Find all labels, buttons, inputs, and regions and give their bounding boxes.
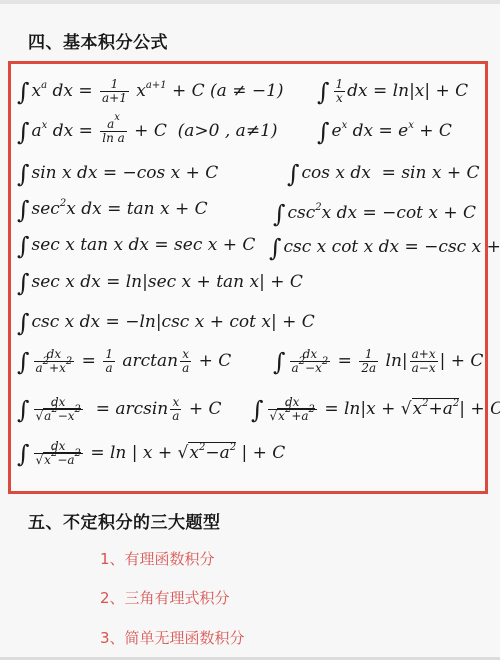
formula-sectan: ∫sec x tan x dx = sec x + C [17,234,255,258]
formula-arctan: ∫dxa2+x2 = 1a arctanxa + C [17,348,231,375]
formula-csc: ∫csc x dx = −ln|csc x + cot x| + C [17,311,315,335]
formula-sec2: ∫sec2x dx = tan x + C [17,198,208,222]
formula-ln-ratio: ∫dxa2−x2 = 12a ln|a+xa−x| + C [273,348,483,375]
formula-box: ∫xa dx = 1a+1 xa+1 + C (a ≠ −1) ∫1xdx = … [8,61,488,494]
formula-cos: ∫cos x dx = sin x + C [287,162,479,186]
top-divider [0,0,500,4]
formula-power: ∫xa dx = 1a+1 xa+1 + C (a ≠ −1) [17,78,284,105]
formula-reciprocal: ∫1xdx = ln|x| + C [317,78,468,105]
section-4-title: 四、基本积分公式 [28,28,168,53]
formula-csc2: ∫csc2x dx = −cot x + C [273,202,476,226]
formula-exponential-a: ∫ax dx = axln a + C (a>0 , a≠1) [17,118,278,145]
formula-ln-sqrt-plus: ∫dx√x2+a2 = ln|x + √x2+a2| + C [251,396,500,423]
formula-exponential-e: ∫ex dx = ex + C [317,120,452,144]
formula-sec: ∫sec x dx = ln|sec x + tan x| + C [17,271,303,295]
list-item-trig-rational: 2、三角有理式积分 [100,587,230,608]
formula-csccot: ∫csc x cot x dx = −csc x + C [269,236,500,260]
list-item-rational-function: 1、有理函数积分 [100,548,215,569]
formula-arcsin: ∫dx√a2−x2 = arcsinxa + C [17,396,221,423]
formula-ln-sqrt-minus: ∫dx√x2−a2 = ln | x + √x2−a2 | + C [17,440,285,467]
list-item-simple-irrational: 3、简单无理函数积分 [100,627,245,648]
section-5-title: 五、不定积分的三大题型 [28,508,221,533]
formula-sin: ∫sin x dx = −cos x + C [17,162,218,186]
